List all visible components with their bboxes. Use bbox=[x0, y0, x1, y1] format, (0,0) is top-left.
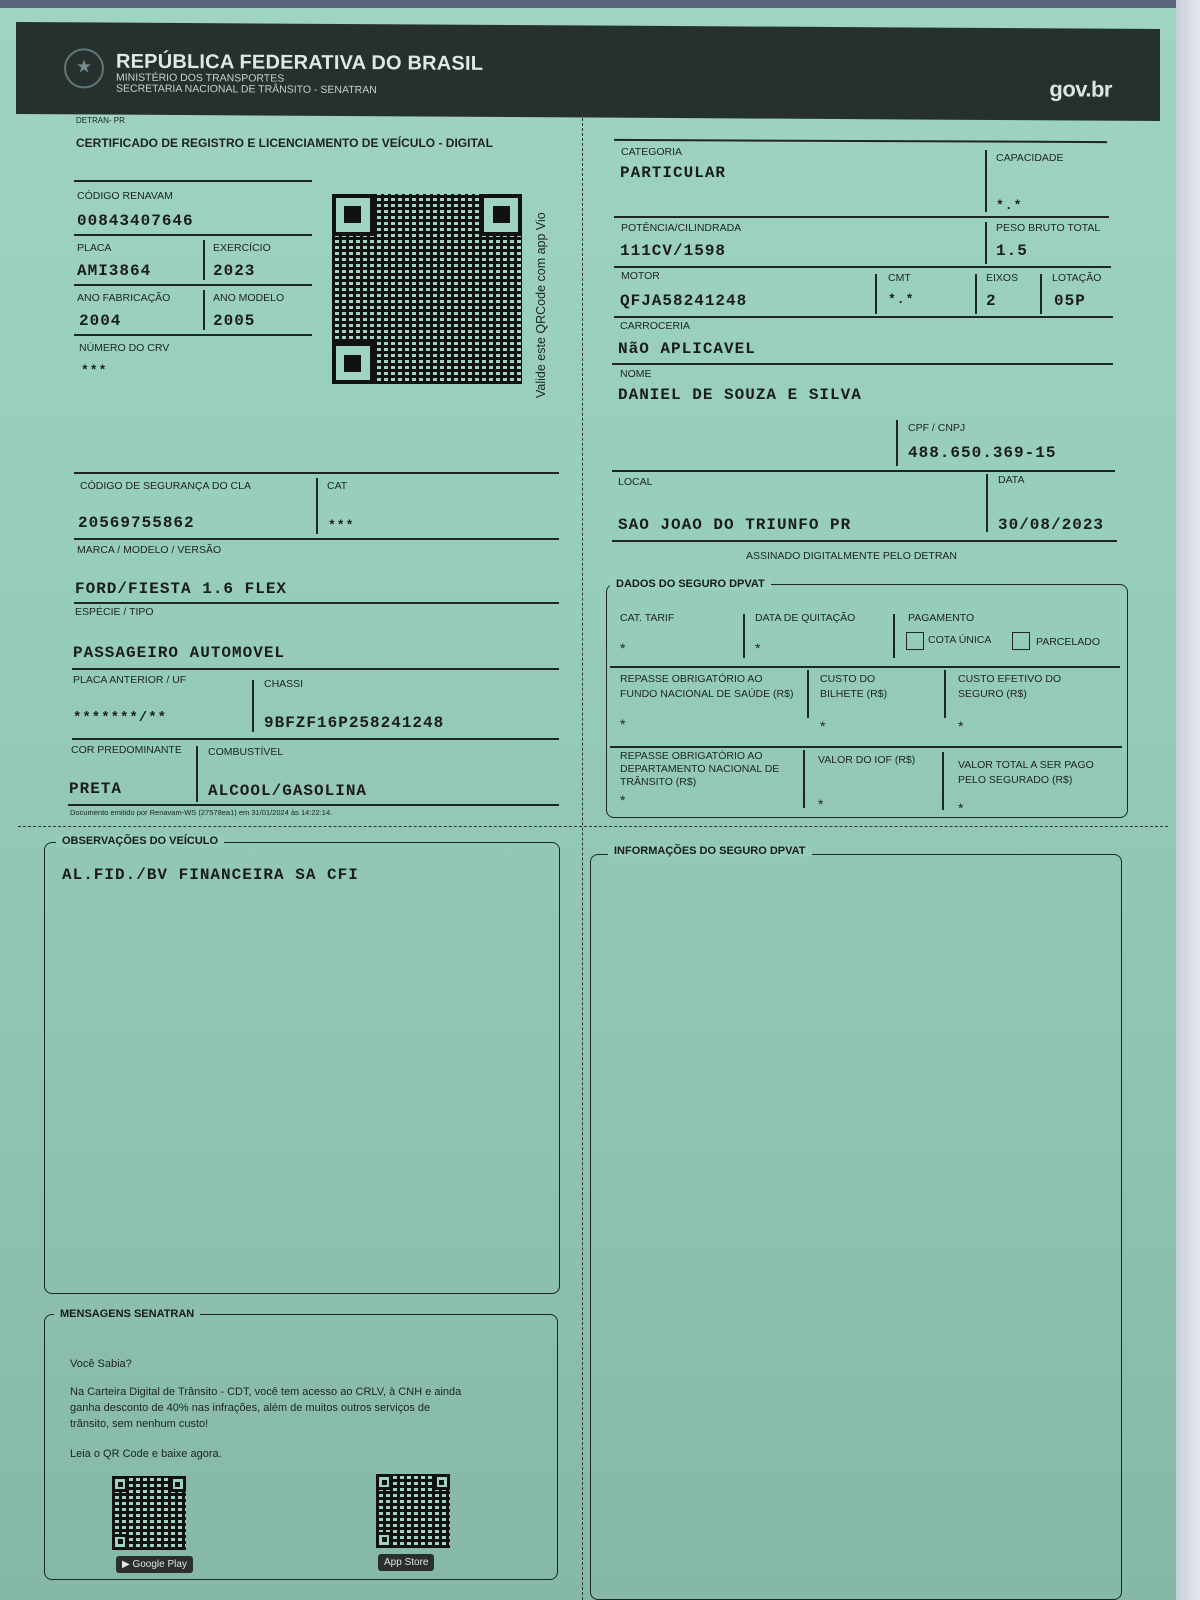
repasse-denatran-value: * bbox=[620, 792, 625, 808]
info-dpvat-title: INFORMAÇÕES DO SEGURO DPVAT bbox=[608, 845, 812, 857]
google-play-icon: ▶ bbox=[122, 1559, 132, 1570]
categoria-value: PARTICULAR bbox=[620, 164, 726, 182]
capacidade-label: CAPACIDADE bbox=[996, 152, 1064, 164]
document-title: CERTIFICADO DE REGISTRO E LICENCIAMENTO … bbox=[76, 136, 493, 150]
combustivel-value: ALCOOL/GASOLINA bbox=[208, 782, 367, 800]
signature-note: ASSINADO DIGITALMENTE PELO DETRAN bbox=[746, 550, 957, 562]
chassi-value: 9BFZF16P258241248 bbox=[264, 714, 444, 732]
carroceria-value: NãO APLICAVEL bbox=[618, 340, 756, 358]
eixos-label: EIXOS bbox=[986, 272, 1018, 284]
mensagens-cta: Leia o QR Code e baixe agora. bbox=[70, 1448, 222, 1460]
google-play-qr-code[interactable] bbox=[112, 1476, 186, 1550]
valor-iof-label: VALOR DO IOF (R$) bbox=[818, 754, 915, 766]
ministry-subtitle: MINISTÉRIO DOS TRANSPORTES SECRETARIA NA… bbox=[116, 73, 377, 97]
issuer: DETRAN- PR bbox=[76, 116, 125, 125]
cla-value: 20569755862 bbox=[78, 514, 195, 532]
emission-note: Documento emitido por Renavam-WS (27578e… bbox=[70, 808, 332, 817]
placa-value: AMI3864 bbox=[77, 262, 151, 280]
nome-label: NOME bbox=[620, 368, 652, 380]
ano-modelo-value: 2005 bbox=[213, 312, 255, 330]
marca-modelo-value: FORD/FIESTA 1.6 FLEX bbox=[75, 580, 287, 598]
crlv-document: REPÚBLICA FEDERATIVA DO BRASIL MINISTÉRI… bbox=[0, 8, 1180, 1600]
validation-qr-code[interactable] bbox=[332, 194, 522, 384]
custo-bilhete-label: CUSTO DO BILHETE (R$) bbox=[820, 672, 910, 702]
potencia-value: 111CV/1598 bbox=[620, 242, 726, 260]
brazil-coat-of-arms-icon bbox=[64, 48, 104, 88]
chassi-label: CHASSI bbox=[264, 678, 303, 690]
cota-unica-checkbox[interactable] bbox=[906, 632, 924, 650]
cpf-value: 488.650.369-15 bbox=[908, 444, 1056, 462]
google-play-badge[interactable]: ▶ Google Play bbox=[116, 1556, 193, 1573]
info-dpvat-box bbox=[590, 854, 1122, 1600]
custo-bilhete-value: * bbox=[820, 718, 825, 734]
capacidade-value: *.* bbox=[996, 198, 1022, 213]
cat-tarif-label: CAT. TARIF bbox=[620, 612, 674, 624]
exercicio-value: 2023 bbox=[213, 262, 255, 280]
cla-label: CÓDIGO DE SEGURANÇA DO CLA bbox=[80, 480, 251, 492]
combustivel-label: COMBUSTÍVEL bbox=[208, 746, 283, 758]
cpf-label: CPF / CNPJ bbox=[908, 422, 965, 434]
app-store-badge[interactable]: App Store bbox=[378, 1554, 434, 1571]
motor-value: QFJA58241248 bbox=[620, 292, 747, 310]
placa-anterior-value: *******/** bbox=[73, 710, 167, 726]
cota-unica-label: COTA ÚNICA bbox=[928, 634, 991, 646]
crv-label: NÚMERO DO CRV bbox=[79, 342, 169, 354]
custo-efetivo-value: * bbox=[958, 718, 963, 734]
pagamento-label: PAGAMENTO bbox=[908, 612, 974, 624]
cmt-label: CMT bbox=[888, 272, 911, 284]
data-label: DATA bbox=[998, 474, 1024, 486]
data-quitacao-value: * bbox=[755, 640, 760, 656]
motor-label: MOTOR bbox=[621, 270, 660, 282]
cat-label: CAT bbox=[327, 480, 347, 492]
repasse-denatran-label: REPASSE OBRIGATÓRIO AO DEPARTAMENTO NACI… bbox=[620, 750, 800, 789]
mensagens-body: Na Carteira Digital de Trânsito - CDT, v… bbox=[70, 1384, 470, 1432]
carroceria-label: CARROCERIA bbox=[620, 320, 690, 332]
ano-fabricacao-label: ANO FABRICAÇÃO bbox=[77, 292, 170, 304]
ano-modelo-label: ANO MODELO bbox=[213, 292, 284, 304]
placa-anterior-label: PLACA ANTERIOR / UF bbox=[73, 674, 186, 686]
potencia-label: POTÊNCIA/CILINDRADA bbox=[621, 222, 741, 234]
qr-validation-note: Valide este QRCode com app Vio bbox=[534, 212, 548, 398]
categoria-label: CATEGORIA bbox=[621, 146, 682, 158]
govbr-logo: gov.br bbox=[1049, 76, 1112, 102]
renavam-value: 00843407646 bbox=[77, 212, 194, 230]
background-surface bbox=[1176, 0, 1200, 1600]
app-store-qr-code[interactable] bbox=[376, 1474, 450, 1548]
header-banner: REPÚBLICA FEDERATIVA DO BRASIL MINISTÉRI… bbox=[16, 22, 1160, 121]
data-value: 30/08/2023 bbox=[998, 516, 1104, 534]
observacoes-text: AL.FID./BV FINANCEIRA SA CFI bbox=[62, 866, 359, 884]
dpvat-title: DADOS DO SEGURO DPVAT bbox=[610, 578, 771, 590]
ano-fabricacao-value: 2004 bbox=[79, 312, 121, 330]
data-quitacao-label: DATA DE QUITAÇÃO bbox=[755, 612, 855, 624]
exercicio-label: EXERCÍCIO bbox=[213, 242, 271, 254]
crv-value: *** bbox=[81, 363, 107, 378]
renavam-label: CÓDIGO RENAVAM bbox=[77, 190, 173, 202]
cor-label: COR PREDOMINANTE bbox=[71, 744, 182, 756]
mensagens-title: MENSAGENS SENATRAN bbox=[54, 1308, 200, 1320]
cat-tarif-value: * bbox=[620, 640, 625, 656]
marca-modelo-label: MARCA / MODELO / VERSÃO bbox=[77, 544, 221, 556]
valor-total-value: * bbox=[958, 800, 963, 816]
custo-efetivo-label: CUSTO EFETIVO DO SEGURO (R$) bbox=[958, 672, 1068, 702]
especie-tipo-value: PASSAGEIRO AUTOMOVEL bbox=[73, 644, 285, 662]
eixos-value: 2 bbox=[986, 292, 997, 310]
local-value: SAO JOAO DO TRIUNFO PR bbox=[618, 516, 851, 534]
cmt-value: *.* bbox=[888, 292, 914, 307]
observacoes-box bbox=[44, 842, 560, 1294]
parcelado-checkbox[interactable] bbox=[1012, 632, 1030, 650]
mensagens-question: Você Sabia? bbox=[70, 1358, 132, 1370]
peso-bruto-value: 1.5 bbox=[996, 242, 1028, 260]
nome-value: DANIEL DE SOUZA E SILVA bbox=[618, 386, 862, 404]
cor-value: PRETA bbox=[69, 780, 122, 798]
repasse-fns-value: * bbox=[620, 716, 625, 732]
valor-total-label: VALOR TOTAL A SER PAGO PELO SEGURADO (R$… bbox=[958, 758, 1118, 788]
repasse-fns-label: REPASSE OBRIGATÓRIO AO FUNDO NACIONAL DE… bbox=[620, 672, 800, 702]
peso-bruto-label: PESO BRUTO TOTAL bbox=[996, 222, 1100, 234]
observacoes-title: OBSERVAÇÕES DO VEÍCULO bbox=[56, 835, 224, 847]
parcelado-label: PARCELADO bbox=[1036, 636, 1100, 648]
lotacao-label: LOTAÇÃO bbox=[1052, 272, 1101, 284]
local-label: LOCAL bbox=[618, 476, 652, 488]
especie-tipo-label: ESPÉCIE / TIPO bbox=[75, 606, 154, 618]
cat-value: *** bbox=[328, 518, 354, 533]
lotacao-value: 05P bbox=[1054, 292, 1086, 310]
valor-iof-value: * bbox=[818, 796, 823, 812]
placa-label: PLACA bbox=[77, 242, 111, 254]
